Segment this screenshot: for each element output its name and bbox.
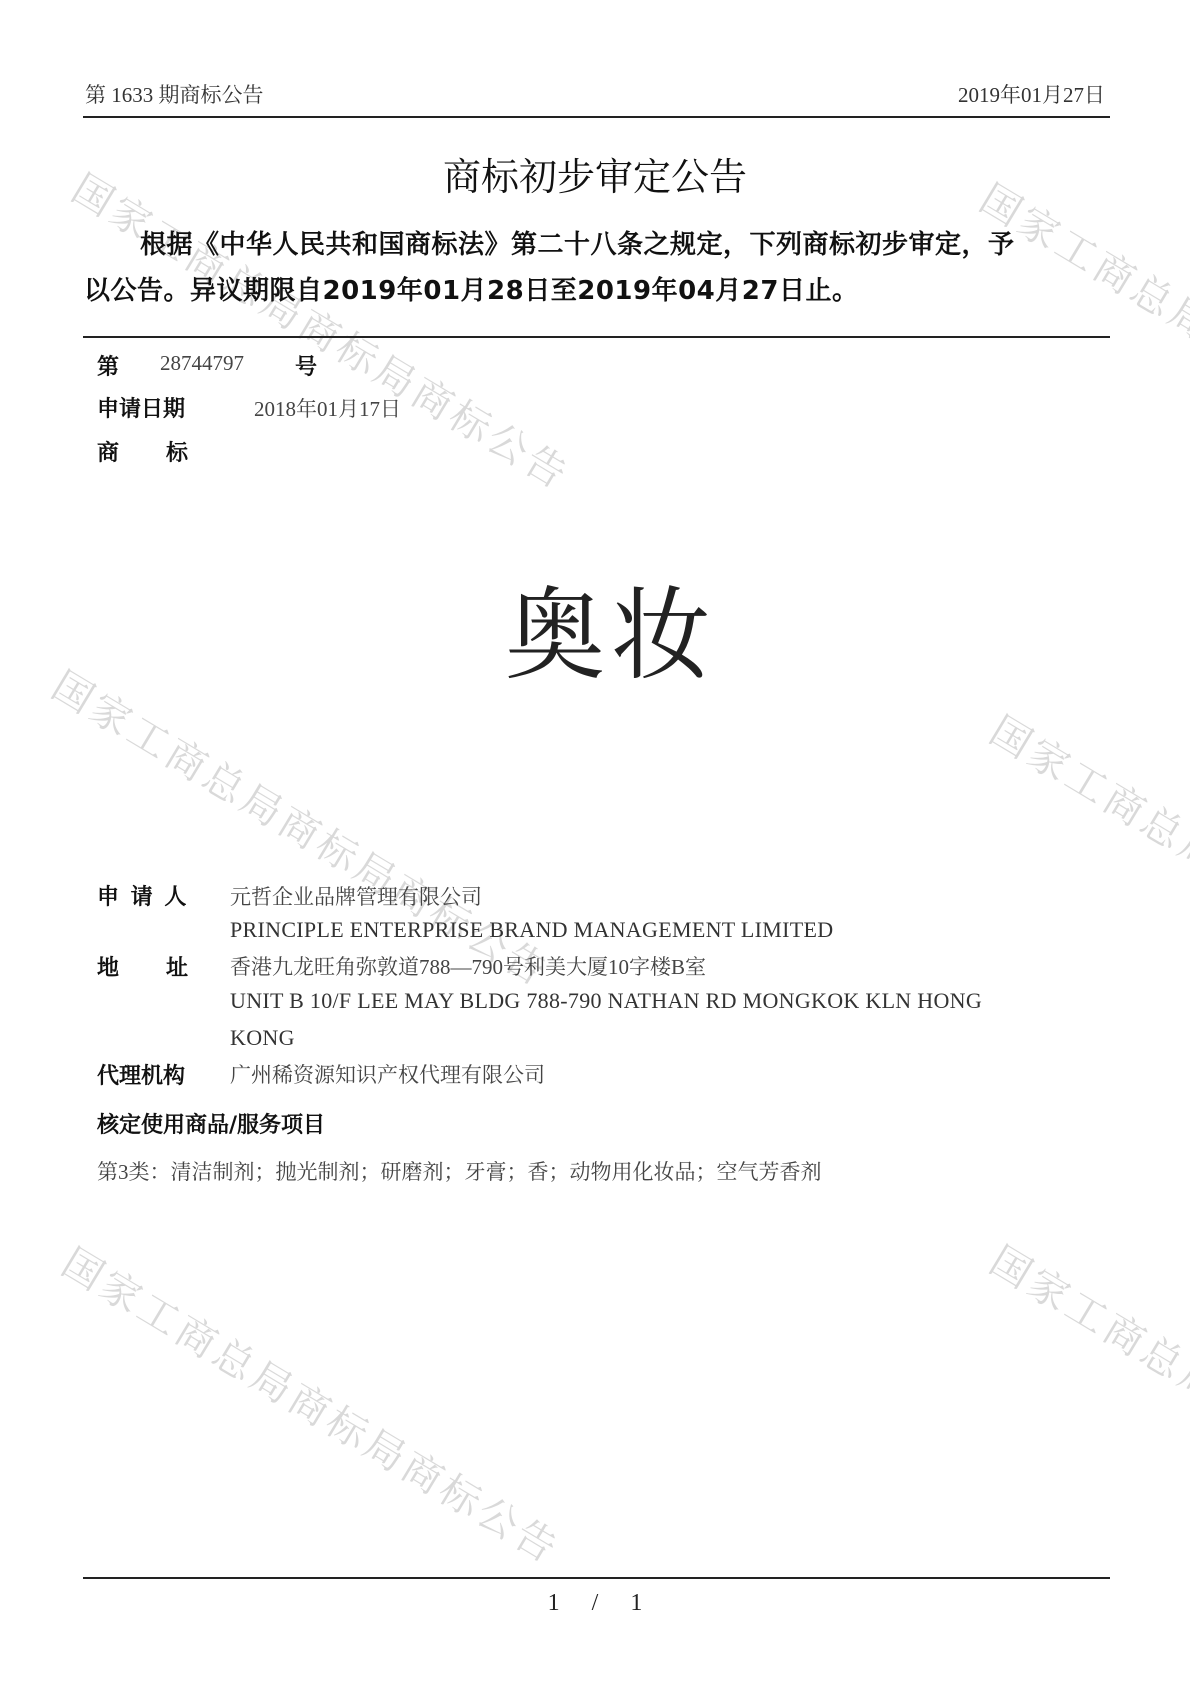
- watermark: 国家工商总局商标局商标公告: [981, 700, 1190, 1043]
- footer-rule: [83, 1577, 1110, 1579]
- page-title: 商标初步审定公告: [0, 146, 1190, 201]
- number-suffix: 号: [295, 350, 317, 381]
- header-rule: [83, 116, 1110, 118]
- issue-number: 第 1633 期商标公告: [85, 79, 264, 109]
- watermark: 国家工商总局商标局商标公告: [63, 158, 583, 501]
- registration-number: 28744797: [160, 351, 244, 376]
- address-label-2: 址: [166, 951, 188, 982]
- address-en-line-2: KONG: [230, 1025, 295, 1051]
- number-prefix: 第: [97, 350, 119, 381]
- applicant-name-en: PRINCIPLE ENTERPRISE BRAND MANAGEMENT LI…: [230, 917, 833, 943]
- address-en-line-1: UNIT B 10/F LEE MAY BLDG 788-790 NATHAN …: [230, 988, 982, 1014]
- page-number: 1 / 1: [0, 1590, 1190, 1617]
- goods-items: 第3类：清洁制剂；抛光制剂；研磨剂；牙膏；香；动物用化妆品；空气芳香剂: [97, 1156, 822, 1186]
- trademark-image: 奥妆: [505, 555, 717, 699]
- total-pages: 1: [630, 1590, 642, 1616]
- publication-date: 2019年01月27日: [958, 79, 1105, 109]
- intro-line-2: 以公告。异议期限自2019年01月28日至2019年04月27日止。: [84, 270, 858, 307]
- trademark-label-2: 标: [166, 436, 188, 467]
- trademark-label-1: 商: [97, 436, 119, 467]
- agent-label: 代理机构: [97, 1059, 185, 1090]
- intro-line-1: 根据《中华人民共和国商标法》第二十八条之规定，下列商标初步审定，予: [140, 224, 1015, 261]
- section-rule: [83, 336, 1110, 338]
- current-page: 1: [548, 1590, 560, 1616]
- applicant-name-cn: 元哲企业品牌管理有限公司: [230, 881, 482, 911]
- filing-date: 2018年01月17日: [254, 393, 401, 423]
- page-separator: /: [592, 1590, 599, 1616]
- watermark: 国家工商总局商标局商标公告: [53, 1232, 573, 1575]
- agent-name: 广州稀资源知识产权代理有限公司: [230, 1059, 545, 1089]
- address-label-1: 地: [97, 951, 119, 982]
- applicant-label: 申 请 人: [97, 880, 188, 911]
- watermark: 国家工商总局商标局商标公告: [981, 1230, 1190, 1573]
- goods-heading: 核定使用商品/服务项目: [97, 1108, 325, 1139]
- filing-date-label: 申请日期: [97, 392, 185, 423]
- watermark: 国家工商总局商标局商标公告: [971, 168, 1190, 511]
- watermark: 国家工商总局商标局商标公告: [43, 655, 563, 998]
- address-cn: 香港九龙旺角弥敦道788—790号利美大厦10字楼B室: [230, 951, 706, 981]
